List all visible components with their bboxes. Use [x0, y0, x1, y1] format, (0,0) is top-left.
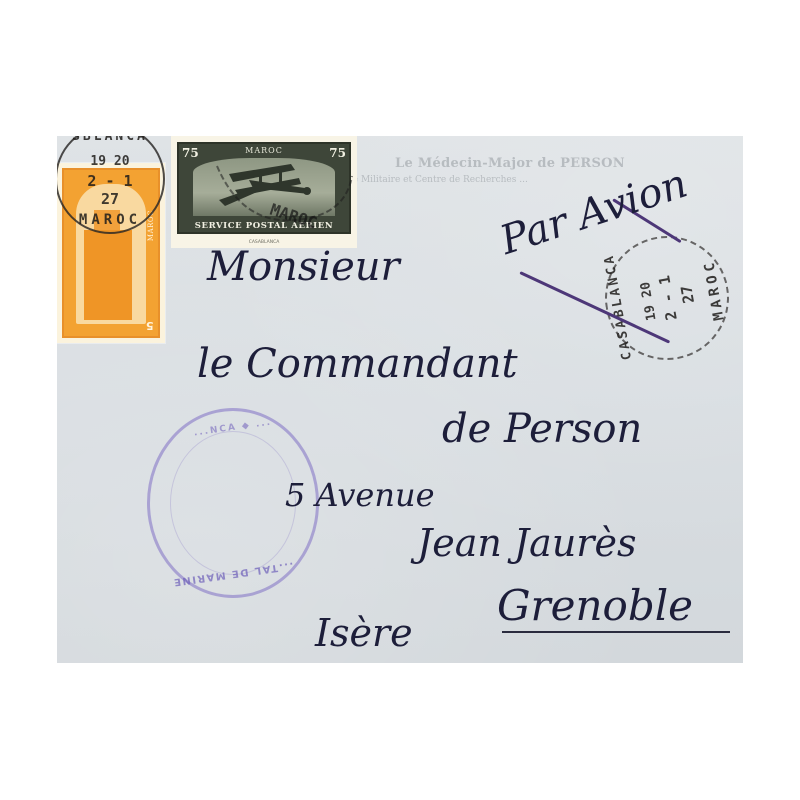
address-department: Isère [315, 611, 413, 655]
postmark-right-city: CASABLANCA [600, 246, 636, 367]
postmark-left-country: MAROC [57, 212, 163, 228]
postmark-left-date: 2 - 1 [57, 172, 163, 190]
postmark-left-city: SBLANCA [57, 136, 163, 144]
address-street: 5 Avenue [285, 476, 435, 514]
cachet-top-text: ...NCA ◆ ... [150, 411, 316, 444]
airmail-stamp-value-right: 75 [329, 146, 346, 160]
airmail-stamp: 75 MAROC 75 SERVICE POSTAL AERIEN CASABL… [171, 136, 357, 248]
postmark-left-year: 27 [57, 190, 163, 208]
cachet-bottom-text: ...TAL DE MARINE [150, 557, 316, 591]
address-city: Grenoble [497, 581, 693, 630]
biplane-icon [219, 160, 319, 216]
postmark-left-time: 19 20 [57, 154, 163, 169]
address-street-name: Jean Jaurès [417, 521, 636, 565]
airmail-stamp-label: SERVICE POSTAL AERIEN [179, 221, 349, 231]
address-name: de Person [442, 406, 642, 452]
address-title: le Commandant [197, 341, 518, 387]
postmark-left: SBLANCA 19 20 2 - 1 27 MAROC [57, 136, 165, 234]
envelope: Le Médecin-Major de PERSON ...ire Milita… [57, 136, 743, 663]
return-address-line-1: Le Médecin-Major de PERSON [395, 156, 737, 171]
address-salutation: Monsieur [207, 244, 400, 290]
postmark-right: CASABLANCA 19 20 2 - 1 27 MAROC [595, 226, 739, 370]
airmail-stamp-design: 75 MAROC 75 SERVICE POSTAL AERIEN [177, 142, 351, 234]
page: Le Médecin-Major de PERSON ...ire Milita… [0, 0, 800, 800]
orange-stamp-value: 5 [146, 319, 154, 332]
address-city-underline [502, 631, 730, 633]
minaret-icon [84, 230, 132, 320]
airmail-stamp-country: MAROC [179, 146, 349, 155]
